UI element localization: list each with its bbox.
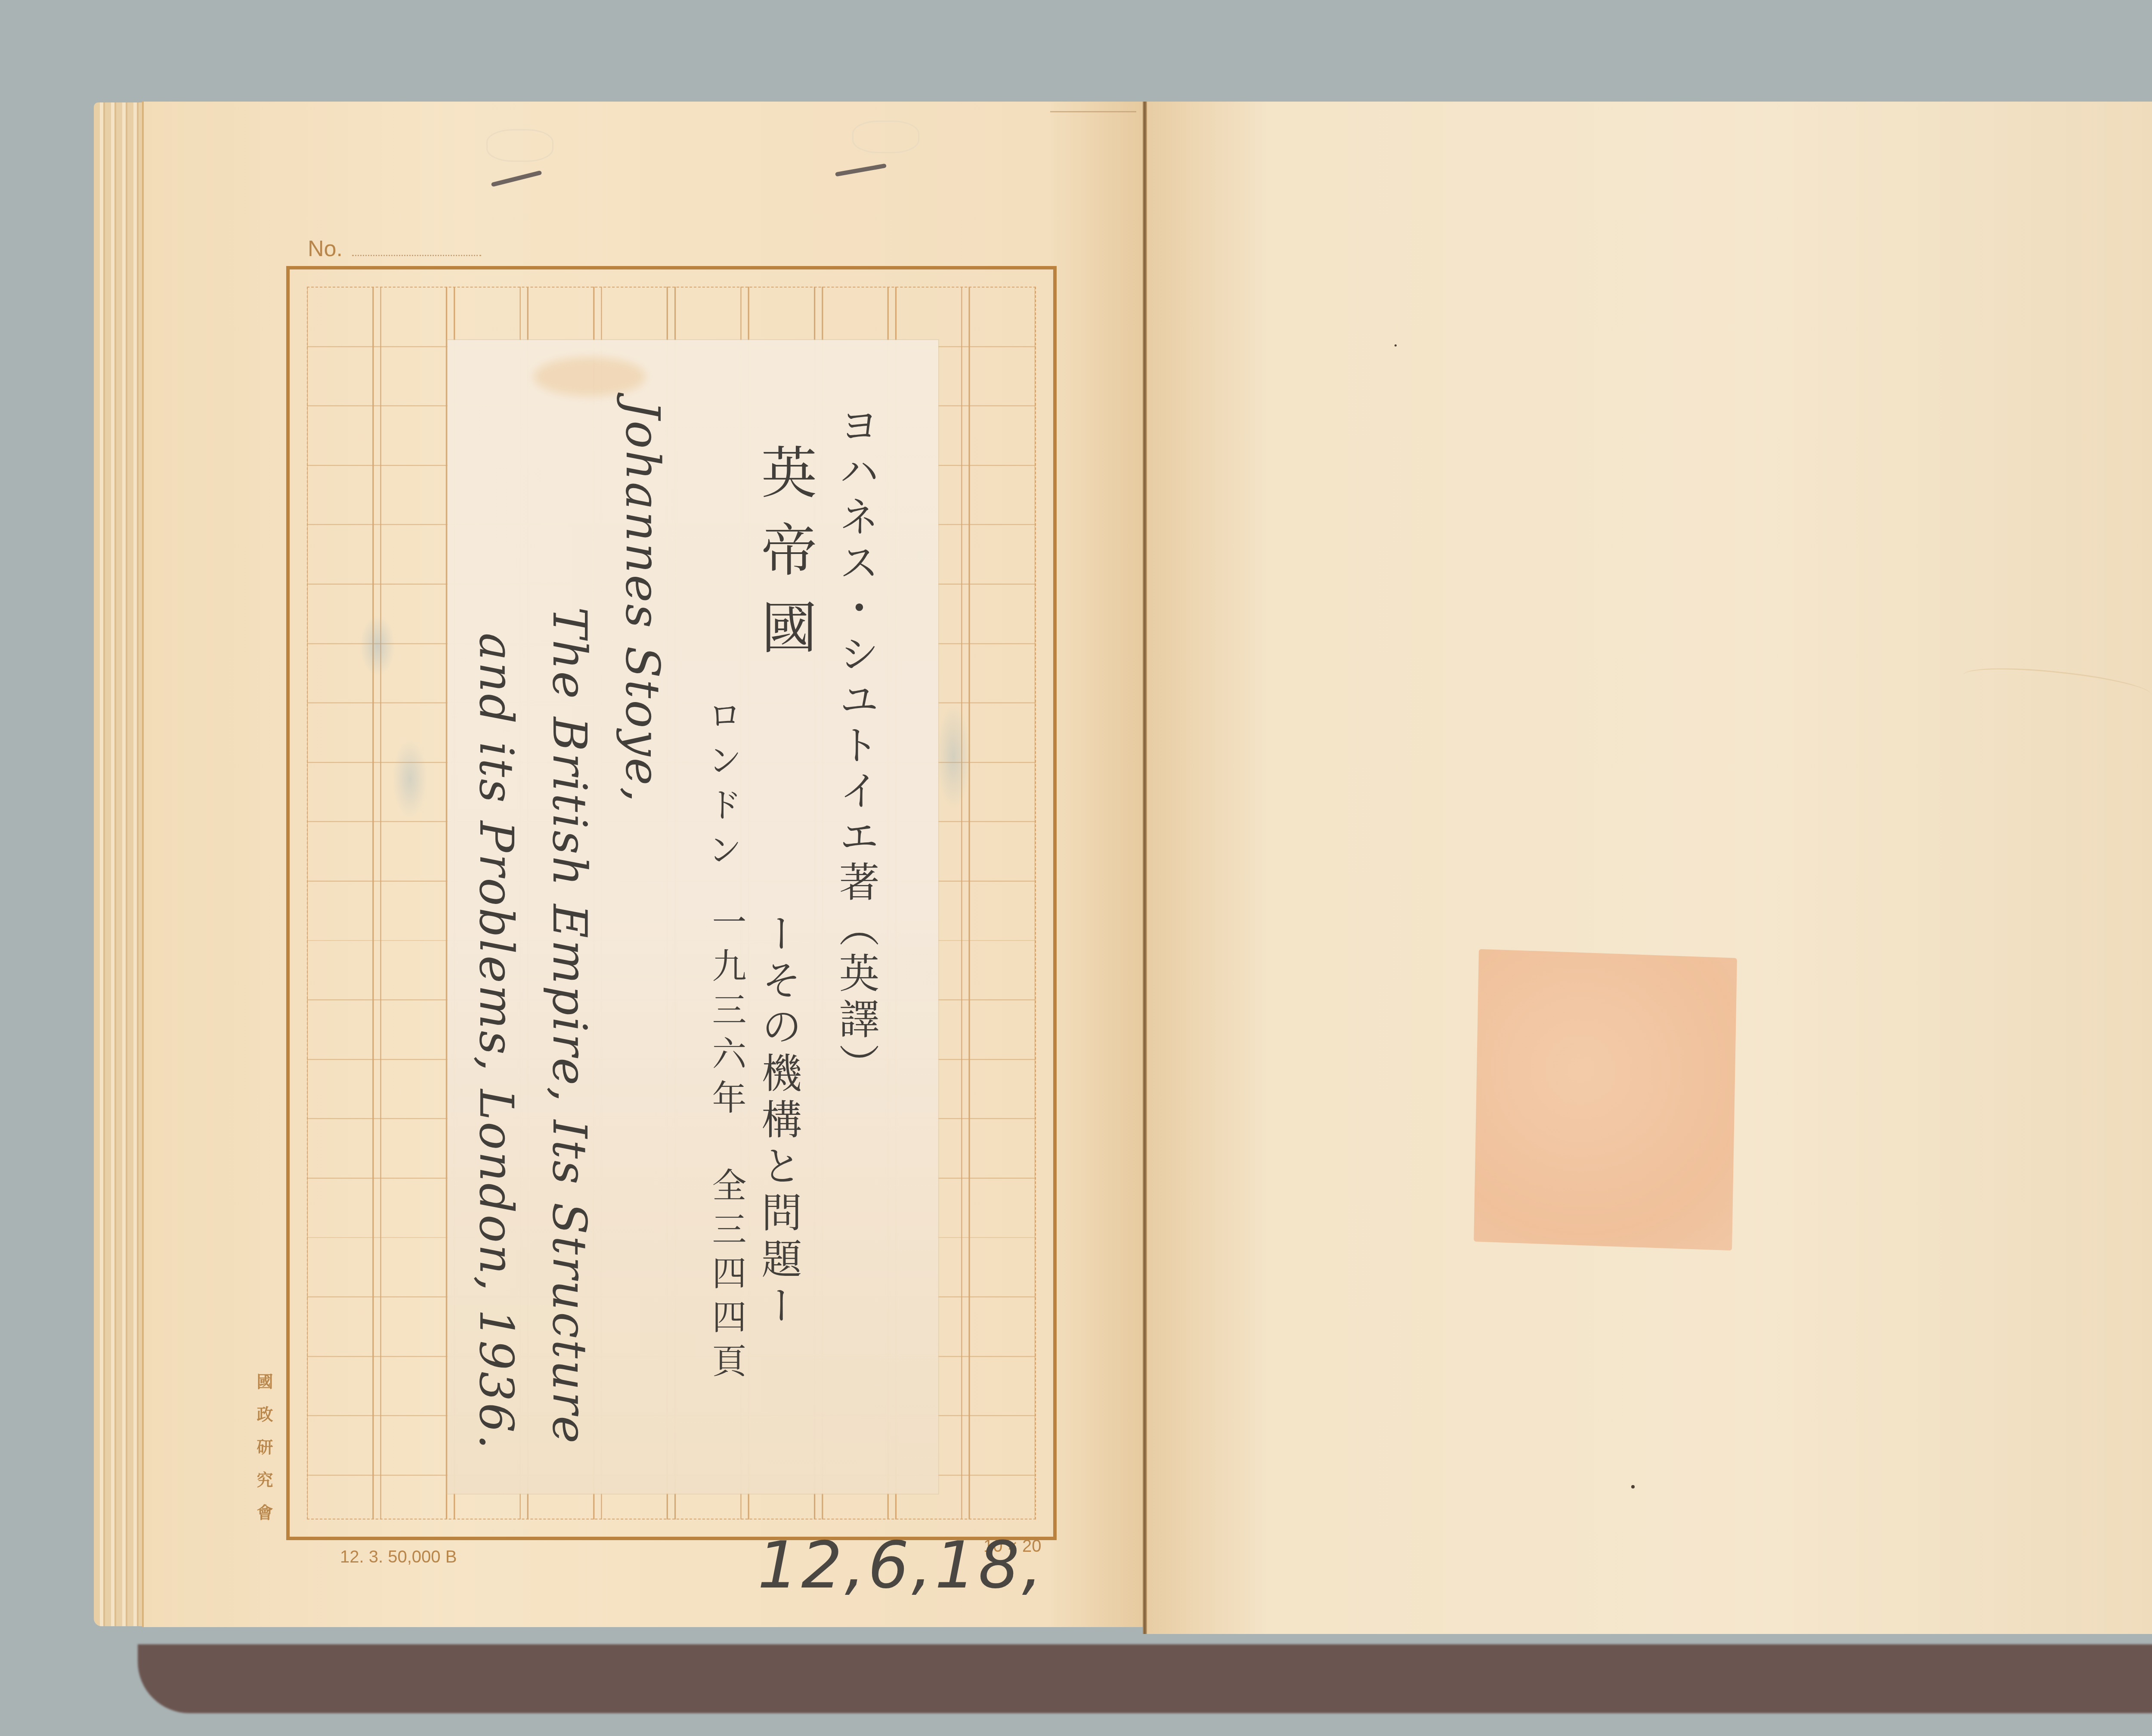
year-pages-japanese: 一九三六年 全三四四頁 bbox=[702, 904, 751, 1387]
place-japanese: ロンドン bbox=[697, 697, 747, 876]
subtitle-japanese: ーその機構と問題ー bbox=[749, 913, 807, 1331]
publisher-mark: 國政研究會 bbox=[252, 1373, 275, 1537]
title-japanese: 英帝國 bbox=[745, 443, 825, 676]
print-code: 12. 3. 50,000 B bbox=[340, 1547, 457, 1567]
book-gutter bbox=[1143, 102, 1147, 1634]
author-english: Johannes Stoye, bbox=[615, 400, 669, 804]
paper-speck bbox=[1394, 344, 1397, 347]
right-page bbox=[1147, 102, 2152, 1634]
orange-stamp-mark bbox=[1474, 949, 1737, 1251]
handwritten-date: 12,6,18, bbox=[758, 1528, 1045, 1603]
staple-dent bbox=[852, 121, 919, 153]
paper-speck bbox=[1631, 1485, 1635, 1488]
number-field-line bbox=[352, 255, 481, 256]
author-japanese: ヨハネス・シユトイエ著（英譯） bbox=[826, 405, 884, 1089]
pasted-label: ヨハネス・シユトイエ著（英譯） 英帝國 ーその機構と問題ー ロンドン 一九三六年… bbox=[448, 340, 938, 1494]
staple-dent bbox=[486, 129, 553, 162]
title-english-line1: The British Empire, Its Structure bbox=[542, 607, 596, 1445]
top-pencil-line bbox=[1050, 111, 1136, 112]
left-page-stack bbox=[94, 102, 145, 1626]
title-english-line2: and its Problems, London, 1936. bbox=[469, 633, 523, 1451]
number-label: No. bbox=[308, 236, 343, 262]
book-shadow bbox=[138, 1644, 2152, 1713]
label-stain bbox=[534, 357, 646, 396]
